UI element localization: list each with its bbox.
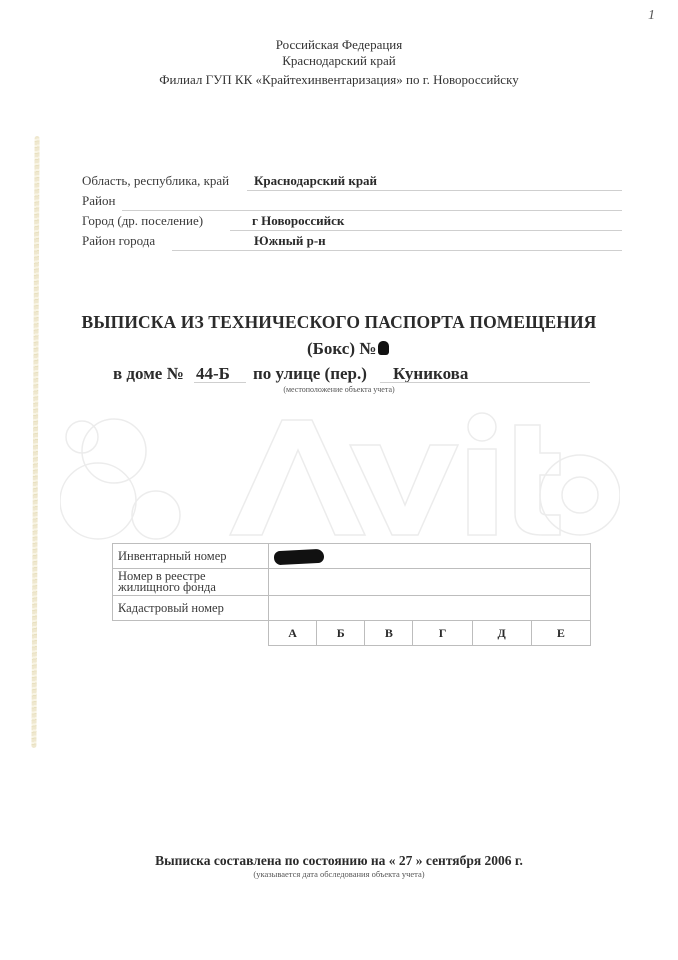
letter-cell: Е (531, 621, 590, 646)
letter-cell: Г (413, 621, 472, 646)
registry-number-cell (269, 569, 591, 596)
table-row-letters: А Б В Г Д Е (113, 621, 591, 646)
page-number: 1 (648, 8, 655, 24)
form-value: Краснодарский край (254, 173, 377, 189)
binding-thread (31, 136, 39, 748)
letter-cell: Б (317, 621, 365, 646)
address-street-label: по улице (пер.) (253, 364, 367, 384)
redacted-box-number (378, 341, 389, 355)
header-organization: Филиал ГУП КК «Крайтехинвентаризация» по… (0, 72, 678, 88)
inventory-table: Инвентарный номер Номер в реестре жилищн… (112, 543, 591, 646)
letter-cell: В (365, 621, 413, 646)
address-house-label: в доме № (113, 364, 184, 384)
letter-cell: Д (472, 621, 531, 646)
box-label: (Бокс) № (307, 339, 376, 358)
form-underline (172, 250, 622, 251)
footer-statement: Выписка составлена по состоянию на « 27 … (0, 853, 678, 869)
street-underline (380, 382, 590, 383)
address-house-value: 44-Б (196, 364, 230, 384)
form-label: Город (др. поселение) (82, 213, 203, 229)
form-row-district: Район (82, 191, 622, 211)
table-row: Кадастровый номер (113, 596, 591, 621)
footer-caption: (указывается дата обследования объекта у… (0, 869, 678, 879)
header-country: Российская Федерация (0, 37, 678, 53)
table-label: Кадастровый номер (113, 596, 269, 621)
form-row-region: Область, республика, край Краснодарский … (82, 171, 622, 191)
document-title: ВЫПИСКА ИЗ ТЕХНИЧЕСКОГО ПАСПОРТА ПОМЕЩЕН… (0, 312, 678, 333)
form-row-city: Город (др. поселение) г Новороссийск (82, 211, 622, 231)
cadastral-number-cell (269, 596, 591, 621)
header-region: Краснодарский край (0, 53, 678, 69)
table-row: Инвентарный номер (113, 544, 591, 569)
inventory-number-cell (269, 544, 591, 569)
avito-watermark (60, 405, 620, 540)
form-label: Район города (82, 233, 155, 249)
table-label: Инвентарный номер (113, 544, 269, 569)
table-label: Номер в реестре жилищного фонда (113, 569, 269, 596)
form-value: г Новороссийск (252, 213, 344, 229)
form-value: Южный р-н (254, 233, 326, 249)
form-label: Область, республика, край (82, 173, 229, 189)
form-label: Район (82, 193, 115, 209)
house-underline (194, 382, 246, 383)
address-caption: (местоположение объекта учета) (0, 385, 678, 394)
redacted-inventory-number (274, 548, 325, 565)
letter-cell: А (269, 621, 317, 646)
form-row-city-district: Район города Южный р-н (82, 231, 622, 251)
address-street-value: Куникова (393, 364, 468, 384)
table-row: Номер в реестре жилищного фонда (113, 569, 591, 596)
document-subtitle: (Бокс) № (307, 339, 389, 359)
